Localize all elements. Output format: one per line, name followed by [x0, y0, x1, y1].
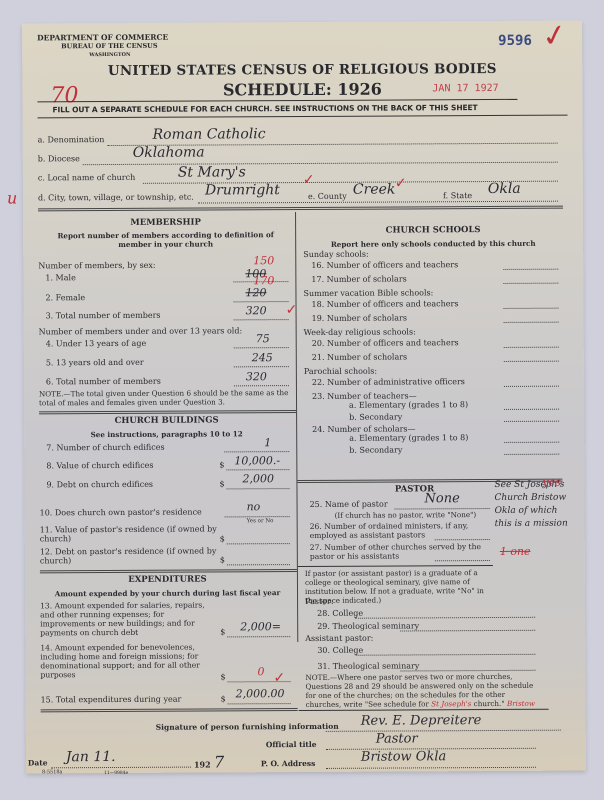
date-line	[51, 767, 191, 769]
edifices-debt-field[interactable]: 2,000	[242, 472, 274, 485]
pastor-bottom-rule	[299, 709, 549, 711]
edifices-value-line	[226, 469, 289, 470]
assistant-pastors-label: 26. Number of ordained ministers, if any…	[310, 521, 490, 540]
local-name-label: c. Local name of church	[38, 173, 135, 183]
expenditures-subheading: Amount expended by your church during la…	[40, 588, 295, 598]
running-expenses-line	[227, 636, 290, 637]
pastor-note-fill: St Joseph's	[431, 699, 471, 708]
by-sex-label: Number of members, by sex:	[38, 261, 155, 271]
total-members-label: 3. Total number of members	[46, 311, 161, 321]
red-checkmark-icon: ✓	[395, 175, 407, 191]
other-churches-line	[435, 560, 490, 561]
form-title: UNITED STATES CENSUS OF RELIGIOUS BODIES	[22, 61, 582, 80]
red-checkmark-icon: ✓	[273, 670, 285, 686]
edifices-count-label: 7. Number of church edifices	[46, 443, 164, 453]
expenditures-heading: EXPENDITURES	[40, 574, 295, 585]
denomination-label: a. Denomination	[38, 135, 105, 144]
edifices-debt-label: 9. Debt on church edifices	[46, 480, 153, 490]
school-item-label: 18. Number of officers and teachers	[311, 299, 458, 309]
total-members-2-field[interactable]: 320	[246, 370, 267, 383]
school-item-field[interactable]	[503, 269, 558, 270]
total-expenditures-dollar: $	[221, 694, 226, 703]
bureau-city: WASHINGTON	[37, 51, 168, 61]
school-item-field[interactable]	[504, 308, 559, 309]
total-expenditures-line	[228, 703, 291, 704]
over-13-line	[234, 366, 289, 367]
po-address-field[interactable]: Bristow Okla	[361, 749, 446, 764]
female-line	[233, 301, 288, 302]
under-13-field[interactable]: 75	[256, 332, 270, 345]
red-checkmark-icon: ✓	[539, 17, 570, 56]
membership-heading: MEMBERSHIP	[38, 217, 293, 228]
pastor-sub-label: Pastor:	[305, 597, 333, 606]
identification-rule	[38, 206, 563, 212]
school-item-label: a. Elementary (grades 1 to 8)	[349, 433, 468, 443]
city-line	[198, 201, 558, 204]
residence-value-dollar: $	[220, 534, 225, 543]
county-label: e. County	[308, 192, 347, 201]
residence-owned-label: 10. Does church own pastor's residence	[40, 508, 202, 518]
edifices-count-line	[224, 451, 289, 452]
census-schedule-form: DEPARTMENT OF COMMERCE BUREAU OF THE CEN…	[22, 21, 586, 774]
schools-subheading: Report here only schools conducted by th…	[298, 239, 568, 249]
instruction-rule	[38, 115, 568, 119]
school-item-field[interactable]	[504, 421, 559, 422]
school-group-label: Parochial schools:	[304, 367, 377, 376]
benevolences-dollar: $	[220, 672, 225, 681]
residence-owned-field[interactable]: no	[247, 500, 261, 513]
total-members-2-line	[234, 385, 289, 386]
schools-list: Sunday schools:16. Number of officers an…	[303, 249, 563, 250]
city-label: d. City, town, village, or township, etc…	[38, 193, 194, 203]
assistant-pastors-field[interactable]	[435, 539, 490, 540]
other-churches-label: 27. Number of other churches served by t…	[310, 542, 490, 561]
membership-subheading: Report number of members according to de…	[48, 230, 283, 249]
school-item-label: 16. Number of officers and teachers	[311, 260, 458, 270]
red-checkmark-icon: ✓	[286, 302, 298, 318]
residence-debt-dollar: $	[220, 555, 225, 564]
running-expenses-field[interactable]: 2,000=	[240, 620, 281, 633]
buildings-subheading: See instructions, paragraphs 10 to 12	[39, 429, 294, 439]
school-item-label: b. Secondary	[349, 445, 402, 454]
female-label: 2. Female	[45, 293, 85, 302]
residence-value-label: 11. Value of pastor's residence (if owne…	[40, 524, 220, 543]
print-code: 11—9984e	[104, 771, 128, 776]
running-expenses-dollar: $	[220, 627, 225, 636]
state-label: f. State	[443, 191, 472, 200]
school-item-field[interactable]	[504, 409, 559, 410]
school-item-label: 22. Number of administrative officers	[312, 377, 465, 387]
school-group-label: Week-day religious schools:	[304, 327, 416, 337]
state-field[interactable]: Okla	[488, 181, 521, 197]
date-field[interactable]: Jan 11.	[66, 749, 116, 765]
fill-out-instruction: FILL OUT A SEPARATE SCHEDULE FOR EACH CH…	[52, 103, 477, 114]
edifices-value-dollar: $	[219, 460, 224, 469]
received-date-stamp: JAN 17 1927	[432, 83, 498, 94]
pastor-rule	[298, 565, 493, 567]
red-checkmark-icon: ✓	[303, 172, 315, 188]
form-number: 8-5518a	[42, 769, 63, 775]
schools-heading: CHURCH SCHOOLS	[298, 225, 568, 236]
city-field[interactable]: Drumright	[205, 182, 280, 198]
pastor-college-field[interactable]	[355, 617, 535, 619]
school-group-label: Sunday schools:	[303, 250, 369, 259]
department-heading: DEPARTMENT OF COMMERCE BUREAU OF THE CEN…	[37, 33, 168, 61]
bureau-name: BUREAU OF THE CENSUS	[37, 42, 168, 52]
total-members-field[interactable]: 320	[246, 304, 267, 317]
official-title-field[interactable]: Pastor	[376, 731, 418, 746]
school-item-label: 17. Number of scholars	[311, 274, 406, 283]
pastor-college-label: 28. College	[317, 609, 363, 618]
female-field[interactable]: 120	[245, 286, 266, 299]
edifices-value-label: 8. Value of church edifices	[46, 461, 153, 471]
total-members-2-label: 6. Total number of members	[46, 377, 161, 387]
male-label: 1. Male	[45, 273, 75, 282]
under-13-line	[234, 347, 289, 348]
year-prefix: 192	[194, 759, 211, 769]
school-item-field[interactable]	[504, 361, 559, 362]
school-item-field[interactable]	[504, 442, 559, 443]
school-item-field[interactable]	[504, 347, 559, 348]
female-correction: 170	[253, 274, 274, 287]
buildings-rule	[40, 569, 297, 573]
serial-number: 9596	[498, 33, 532, 49]
edifices-debt-dollar: $	[219, 479, 224, 488]
pastor-margin-note: See St Joseph's Church Bristow Okla of w…	[494, 479, 574, 531]
age-label: Number of members under and over 13 year…	[39, 326, 243, 336]
benevolences-field[interactable]: 0	[257, 665, 264, 678]
assistant-college-field[interactable]	[355, 654, 535, 656]
school-item-label: a. Elementary (grades 1 to 8)	[349, 400, 468, 410]
pastor-name-label: 25. Name of pastor	[310, 500, 388, 509]
edifices-count-field[interactable]: 1	[264, 436, 271, 449]
total-expenditures-label: 15. Total expenditures during year	[41, 695, 182, 705]
buildings-heading: CHURCH BUILDINGS	[39, 415, 294, 426]
membership-rule	[39, 410, 296, 414]
local-name-field[interactable]: St Mary's	[178, 164, 246, 180]
residence-debt-label: 12. Debt on pastor's residence (if owned…	[40, 546, 220, 565]
pastor-seminary-field[interactable]	[400, 630, 535, 632]
membership-note: NOTE.—The total given under Question 6 s…	[39, 388, 294, 407]
pastor-margin-yes: yes	[542, 476, 560, 489]
residence-value-field[interactable]	[227, 543, 290, 544]
date-label: Date	[28, 758, 48, 767]
male-correction: 150	[253, 254, 274, 267]
edifices-value-field[interactable]: 10,000.-	[234, 454, 280, 467]
running-expenses-label: 13. Amount expended for salaries, repair…	[40, 600, 215, 637]
pastor-note: NOTE.—Where one pastor serves two or mor…	[305, 672, 535, 709]
po-address-label: P. O. Address	[261, 759, 315, 768]
pastor-name-field[interactable]: None	[424, 491, 459, 506]
school-item-label: 20. Number of officers and teachers	[312, 338, 459, 348]
column-divider	[295, 212, 298, 642]
residence-debt-field[interactable]	[227, 564, 290, 565]
signature-field[interactable]: Rev. E. Depreitere	[361, 713, 482, 729]
assistant-college-label: 30. College	[317, 646, 363, 655]
school-item-field[interactable]	[504, 322, 559, 323]
school-item-label: b. Secondary	[349, 412, 402, 421]
year-field[interactable]: 7	[214, 752, 224, 771]
total-members-line	[234, 319, 289, 320]
pastor-note-margin: Bristow	[507, 699, 535, 708]
signature-line	[326, 730, 561, 732]
signature-label: Signature of person furnishing informati…	[156, 722, 339, 732]
diocese-field[interactable]: Oklahoma	[133, 145, 205, 161]
diocese-line	[83, 162, 558, 165]
denomination-field[interactable]: Roman Catholic	[153, 126, 266, 143]
over-13-field[interactable]: 245	[252, 351, 273, 364]
assistant-pastor-label: Assistant pastor:	[305, 634, 373, 643]
po-address-line	[326, 767, 536, 769]
edifices-debt-line	[226, 488, 289, 489]
school-item-label: 19. Number of scholars	[312, 313, 407, 322]
over-13-label: 5. 13 years old and over	[46, 358, 144, 368]
expenditures-rule	[41, 708, 298, 712]
school-group-label: Summer vacation Bible schools:	[303, 288, 433, 298]
school-item-field[interactable]	[504, 454, 559, 455]
benevolences-label: 14. Amount expended for benevolences, in…	[40, 642, 215, 679]
other-churches-field[interactable]: 1 one	[500, 545, 531, 558]
school-item-label: 21. Number of scholars	[312, 352, 407, 361]
margin-mark: u	[7, 188, 17, 207]
school-item-field[interactable]	[504, 386, 559, 387]
total-expenditures-field[interactable]: 2,000.00	[236, 687, 285, 700]
official-title-label: Official title	[266, 740, 317, 749]
school-item-field[interactable]	[503, 283, 558, 284]
residence-owned-line	[225, 516, 290, 517]
county-field[interactable]: Creek	[353, 182, 396, 198]
under-13-label: 4. Under 13 years of age	[46, 339, 147, 349]
pastor-name-hint: (If church has no pastor, write "None")	[335, 510, 477, 520]
diocese-label: b. Diocese	[38, 154, 80, 163]
yes-no-hint: Yes or No	[247, 518, 274, 524]
pastor-note-end: church."	[474, 699, 505, 708]
